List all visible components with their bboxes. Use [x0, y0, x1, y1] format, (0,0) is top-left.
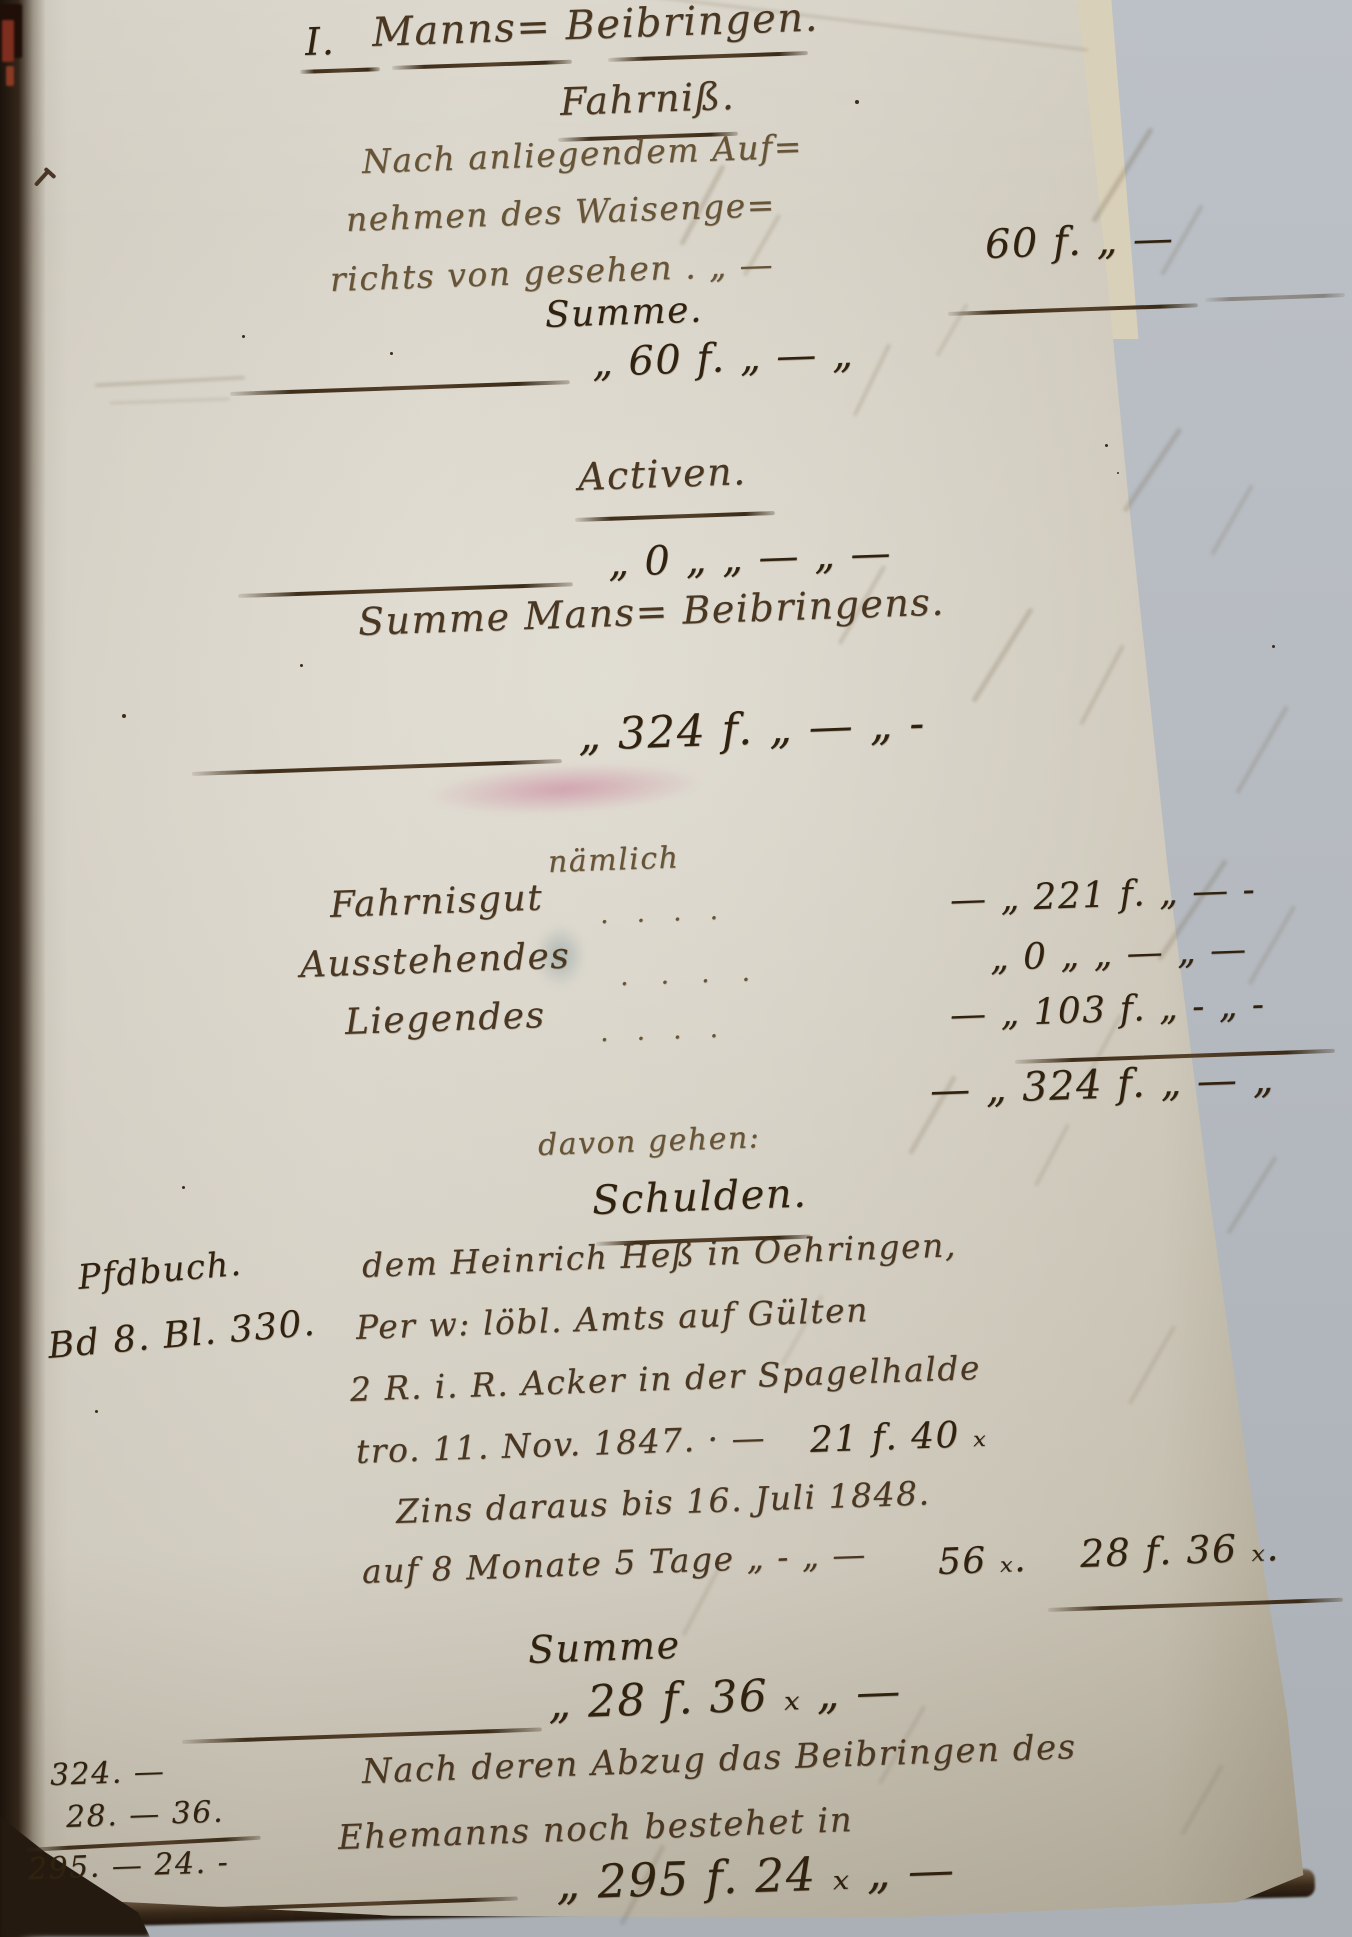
ink-speck — [242, 335, 245, 338]
fahrniss-summe-value: „ 60 f. „ — „ — [591, 331, 855, 386]
margin-calc-line-3: 295. — 24. - — [27, 1845, 229, 1887]
schulden-amount-1: 21 f. 40 ₓ — [809, 1414, 988, 1461]
schulden-summe-label: Summe — [527, 1623, 681, 1672]
fahrniss-amount: 60 f. „ — — [984, 215, 1175, 268]
ink-showthrough — [1226, 1156, 1277, 1234]
breakdown-row-leader: . . . . — [599, 896, 728, 930]
schulden-amount-3: 28 f. 36 ₓ. — [1079, 1525, 1280, 1576]
book-gutter-shadow — [0, 0, 46, 1937]
ink-speck — [855, 100, 859, 104]
ink-speck — [1105, 444, 1108, 447]
red-edge-mark — [6, 66, 14, 86]
heading-fahrniss: Fahrniß. — [559, 74, 736, 124]
heading-activen: Activen. — [577, 449, 747, 499]
breakdown-row-label: Liegendes — [344, 995, 546, 1043]
ink-speck — [182, 1186, 185, 1189]
breakdown-row-value: „ 0 „ „ — „ — — [989, 929, 1248, 979]
fahrniss-amount-underline-extension — [1205, 293, 1345, 302]
breakdown-row-leader: . . . . — [599, 1014, 728, 1048]
ink-showthrough — [1248, 905, 1296, 985]
breakdown-row-leader: . . . . — [619, 957, 762, 992]
ink-speck — [1117, 472, 1119, 474]
ink-showthrough — [1235, 706, 1288, 795]
ink-showthrough — [1122, 427, 1182, 513]
ink-speck — [390, 352, 393, 355]
ink-speck — [1272, 645, 1275, 648]
schulden-amount-2: 56 ₓ. — [937, 1539, 1027, 1583]
manuscript-photo: I. Manns= Beibringen. Fahrniß. Nach anli… — [0, 0, 1352, 1937]
fahrniss-summe-label: Summe. — [544, 290, 703, 336]
ink-speck — [300, 664, 303, 667]
section-numeral: I. — [304, 19, 336, 64]
breakdown-row-label: Fahrnisgut — [329, 878, 544, 926]
margin-calc-line-2: 28. — 36. — [65, 1794, 224, 1834]
ink-speck — [122, 714, 126, 718]
breakdown-heading: nämlich — [547, 840, 680, 880]
red-edge-mark — [2, 20, 14, 62]
ink-speck — [95, 1410, 98, 1413]
margin-calc-line-1: 324. — — [49, 1754, 165, 1793]
ink-showthrough — [1210, 484, 1253, 555]
heading-schulden: Schulden. — [591, 1170, 808, 1223]
